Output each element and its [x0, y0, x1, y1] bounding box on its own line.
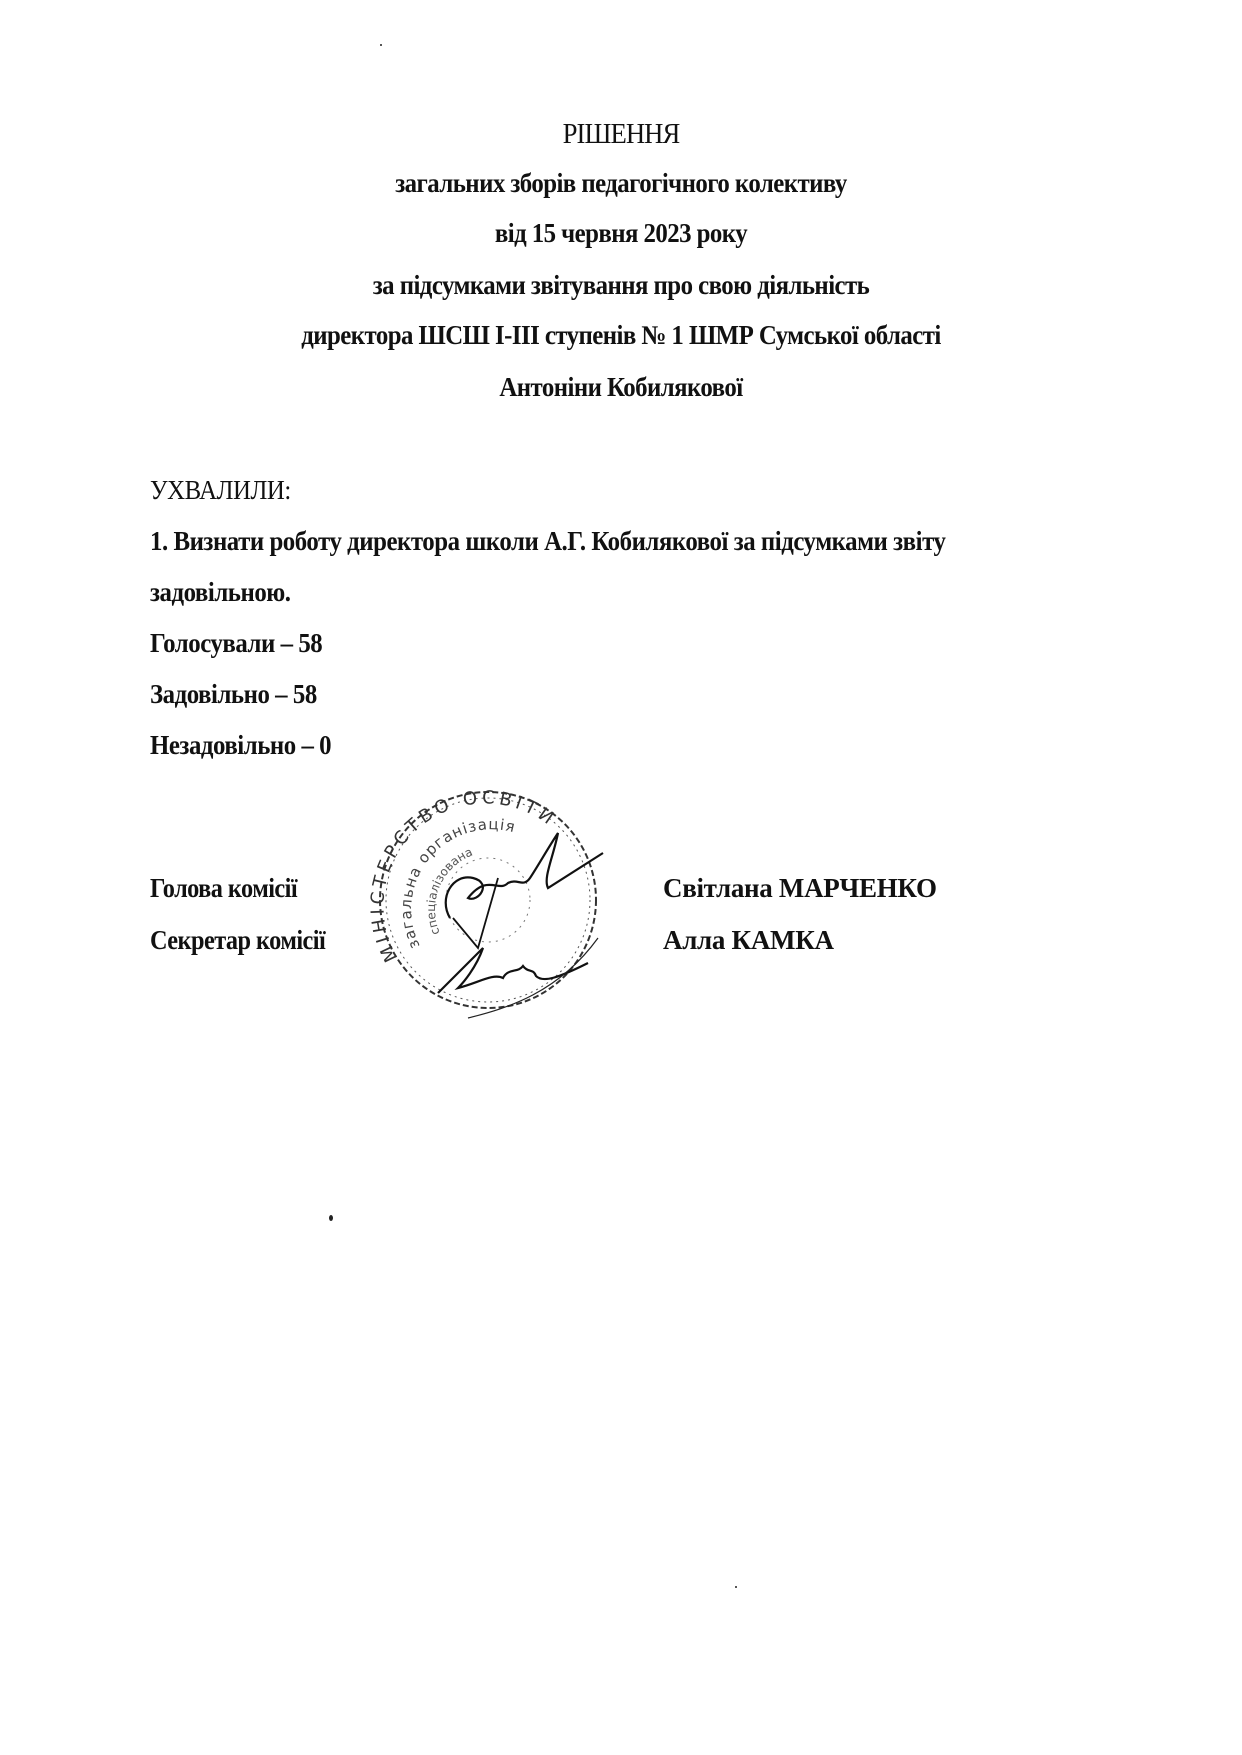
document-page: РІШЕННЯ загальних зборів педагогічного к… [0, 0, 1242, 1755]
resolution-heading: УХВАЛИЛИ: [150, 475, 291, 506]
subtitle-line-5-name: Антоніни Кобилякової [50, 372, 1193, 403]
document-title: РІШЕННЯ [50, 118, 1193, 151]
secretary-role-label: Секретар комісії [150, 925, 325, 956]
votes-satisfactory: Задовільно – 58 [150, 679, 317, 710]
resolution-item-1-continued: задовільною. [150, 577, 291, 608]
official-stamp-icon: МІНІСТЕРСТВО ОСВІТИ загальна організація… [358, 778, 628, 1028]
votes-unsatisfactory: Незадовільно – 0 [150, 730, 331, 761]
subtitle-line-1: загальних зборів педагогічного колективу [50, 168, 1193, 199]
subtitle-line-3: за підсумками звітування про свою діяльн… [50, 270, 1193, 301]
resolution-item-1: 1. Визнати роботу директора школи А.Г. К… [150, 526, 945, 557]
votes-total: Голосували – 58 [150, 628, 322, 659]
chair-role-label: Голова комісії [150, 873, 297, 904]
scan-speck [329, 1215, 333, 1221]
secretary-name: Алла КАМКА [663, 925, 834, 956]
scan-speck [735, 1586, 737, 1588]
scan-speck [380, 44, 382, 46]
subtitle-line-2-date: від 15 червня 2023 року [50, 218, 1193, 249]
subtitle-line-4: директора ШСШ І-ІІІ ступенів № 1 ШМР Сум… [50, 320, 1193, 351]
chair-name: Світлана МАРЧЕНКО [663, 873, 937, 904]
